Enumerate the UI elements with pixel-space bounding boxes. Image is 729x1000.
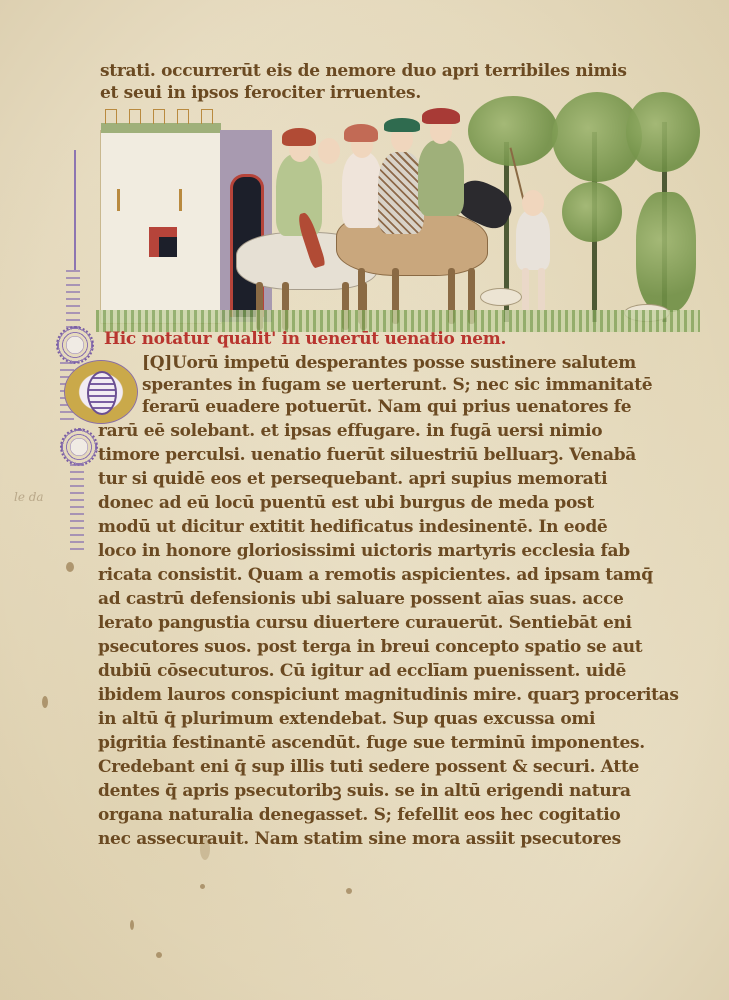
rosette-ornament [56, 326, 94, 364]
body-line: ferarū euadere potuerūt. Nam qui prius u… [142, 396, 631, 418]
tree [562, 182, 622, 242]
body-line: timore perculsi. uenatio fuerūt siluestr… [98, 444, 636, 466]
hunting-scene-miniature [96, 92, 700, 332]
body-line: modū ut dicitur extitit hedificatus inde… [98, 516, 607, 538]
body-line: dubiū cōsecuturos. Cū igitur ad ecclīam … [98, 660, 626, 682]
body-line: rarū eē solebant. et ipsas effugare. in … [98, 420, 602, 442]
ink-stain [156, 952, 162, 958]
body-line: psecutores suos. post terga in breui con… [98, 636, 642, 658]
pen-flourish [74, 150, 76, 270]
body-line: in altū q̄ plurimum extendebat. Sup quas… [98, 708, 595, 730]
parchment-stain [200, 838, 210, 860]
rosette-ornament [60, 428, 98, 466]
hound [480, 288, 522, 306]
body-line: ricata consistit. Quam a remotis aspicie… [98, 564, 653, 586]
rider-bearded [418, 140, 464, 216]
body-line: pigritia festinantē ascendūt. fuge sue t… [98, 732, 645, 754]
body-line: dentes q̄ apris psecutoribꝫ suis. se in … [98, 780, 631, 802]
body-line: organa naturalia denegasset. S; fefellit… [98, 804, 620, 826]
rider-lady [342, 152, 382, 228]
rubric-heading: Hic notatur qualit' in uenerūt uenatio n… [104, 328, 506, 350]
margin-note: le da [14, 490, 44, 504]
tree [626, 92, 700, 172]
huntsman [516, 210, 550, 270]
body-line: donec ad eū locū puentū est ubi burgus d… [98, 492, 594, 514]
body-line: sperantes in fugam se uerterunt. S; nec … [142, 374, 652, 396]
body-line: Credebant eni q̄ sup illis tuti sedere p… [98, 756, 639, 778]
pen-flourish [70, 464, 84, 554]
opening-line-1: strati. occurrerūt eis de nemore duo apr… [100, 60, 627, 82]
body-line: loco in honore gloriosissimi uictoris ma… [98, 540, 630, 562]
pen-flourish [66, 270, 80, 330]
castle-tower [100, 130, 222, 324]
ink-stain [200, 884, 205, 889]
ink-stain [130, 920, 134, 930]
ink-stain [42, 696, 48, 708]
manuscript-page: strati. occurrerūt eis de nemore duo apr… [0, 0, 729, 1000]
body-line: [Q]Uorū impetū desperantes posse sustine… [142, 352, 636, 374]
body-line: lerato pangustia cursu diuertere curauer… [98, 612, 632, 634]
body-line: ad castrū defensionis ubi saluare possen… [98, 588, 624, 610]
illuminated-initial [64, 360, 138, 424]
body-line: tur si quidē eos et persequebant. apri s… [98, 468, 607, 490]
body-line: nec assecurauit. Nam statim sine mora as… [98, 828, 621, 850]
tower-window [149, 227, 177, 257]
tree [636, 192, 696, 312]
ink-stain [346, 888, 352, 894]
body-line: ibidem lauros conspiciunt magnitudinis m… [98, 684, 679, 706]
ink-stain [66, 562, 74, 572]
